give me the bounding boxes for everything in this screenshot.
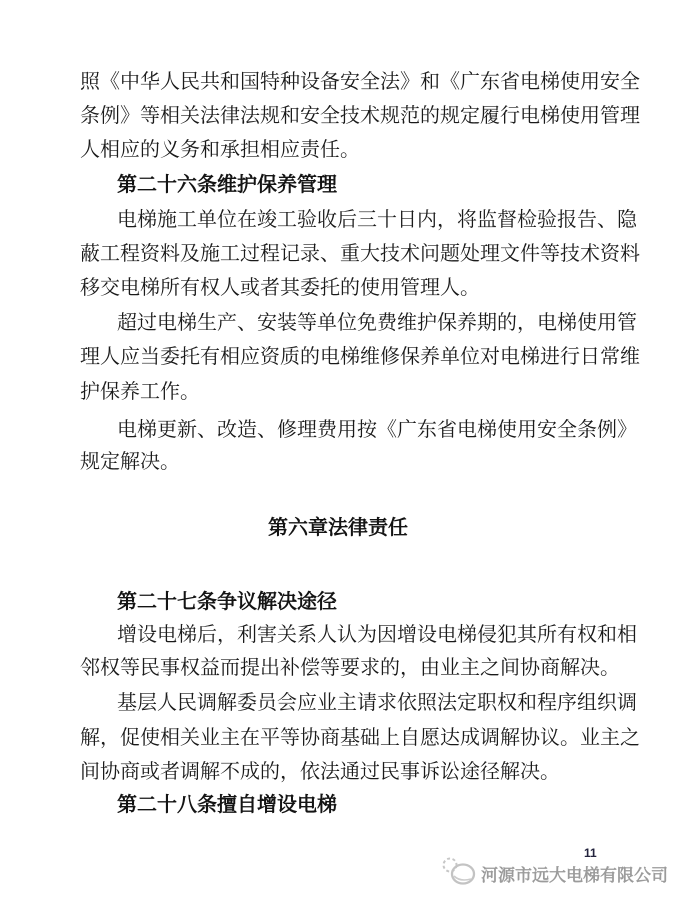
yuanda-elevator-logo-icon: [440, 854, 478, 888]
document-page: 照《中华人民共和国特种设备安全法》和《广东省电梯使用安全 条例》等相关法律法规和…: [0, 0, 676, 904]
body-text-line: 基层人民调解委员会应业主请求依照法定职权和程序组织调: [117, 691, 657, 715]
body-text-line: 规定解决。: [80, 450, 620, 474]
company-watermark: 河源市远大电梯有限公司: [481, 861, 668, 886]
page-number: 11: [584, 846, 597, 860]
body-text-line: 电梯更新、改造、修理费用按《广东省电梯使用安全条例》: [117, 418, 657, 442]
body-text-line: 照《中华人民共和国特种设备安全法》和《广东省电梯使用安全: [80, 70, 620, 94]
body-text-line: 电梯施工单位在竣工验收后三十日内，将监督检验报告、隐: [117, 208, 657, 232]
chapter-6-heading: 第六章法律责任: [0, 516, 676, 540]
body-text-line: 护保养工作。: [80, 380, 620, 404]
body-text-line: 理人应当委托有相应资质的电梯维修保养单位对电梯进行日常维: [80, 345, 620, 369]
body-text-line: 解，促使相关业主在平等协商基础上自愿达成调解协议。业主之: [80, 726, 620, 750]
body-text-line: 邻权等民事权益而提出补偿等要求的，由业主之间协商解决。: [80, 656, 620, 680]
body-text-line: 增设电梯后，利害关系人认为因增设电梯侵犯其所有权和相: [117, 623, 657, 647]
body-text-line: 人相应的义务和承担相应责任。: [80, 138, 620, 162]
article-28-heading: 第二十八条擅自增设电梯: [117, 793, 657, 817]
body-text-line: 间协商或者调解不成的，依法通过民事诉讼途径解决。: [80, 760, 620, 784]
body-text-line: 条例》等相关法律法规和安全技术规范的规定履行电梯使用管理: [80, 104, 620, 128]
article-26-heading: 第二十六条维护保养管理: [117, 173, 657, 197]
article-27-heading: 第二十七条争议解决途径: [117, 590, 657, 614]
body-text-line: 超过电梯生产、安装等单位免费维护保养期的，电梯使用管: [117, 311, 657, 335]
body-text-line: 蔽工程资料及施工过程记录、重大技术问题处理文件等技术资料: [80, 242, 620, 266]
body-text-line: 移交电梯所有权人或者其委托的使用管理人。: [80, 276, 620, 300]
